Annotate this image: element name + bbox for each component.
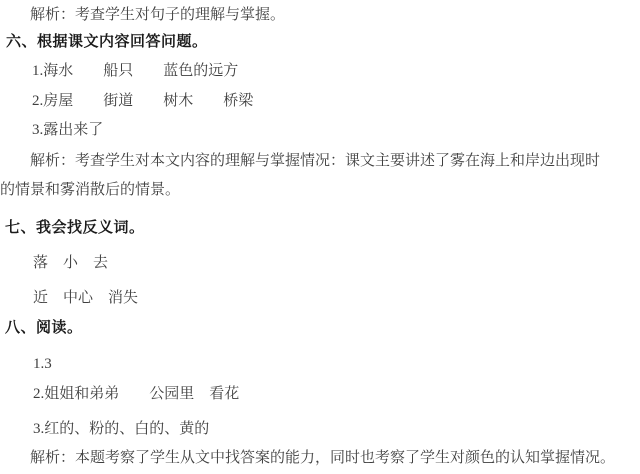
section-eight-answer-2: 2.姐姐和弟弟 公园里 看花: [33, 385, 239, 403]
document-page: 解析：考查学生对句子的理解与掌握。 六、根据课文内容回答问题。 1.海水 船只 …: [0, 0, 640, 474]
section-six-heading: 六、根据课文内容回答问题。: [6, 33, 208, 51]
section-eight-analysis: 解析：本题考察了学生从文中找答案的能力，同时也考察了学生对颜色的认知掌握情况。: [30, 449, 615, 467]
section-six-answer-1: 1.海水 船只 蓝色的远方: [32, 62, 238, 80]
section-eight-answer-1: 1.3: [33, 355, 52, 373]
section-seven-answer-row-1: 落 小 去: [33, 254, 108, 272]
section-six-answer-2: 2.房屋 街道 树木 桥梁: [32, 92, 253, 110]
section-eight-answer-3: 3.红的、粉的、白的、黄的: [33, 420, 209, 438]
analysis-note: 解析：考查学生对句子的理解与掌握。: [30, 6, 285, 24]
section-six-answer-3: 3.露出来了: [32, 121, 103, 139]
section-seven-answer-row-2: 近 中心 消失: [33, 289, 138, 307]
section-seven-heading: 七、我会找反义词。: [5, 219, 145, 237]
section-six-analysis-line-1: 解析：考查学生对本文内容的理解与掌握情况：课文主要讲述了雾在海上和岸边出现时: [30, 152, 600, 170]
section-eight-heading: 八、阅读。: [5, 319, 83, 337]
section-six-analysis-line-2: 的情景和雾消散后的情景。: [0, 181, 180, 199]
